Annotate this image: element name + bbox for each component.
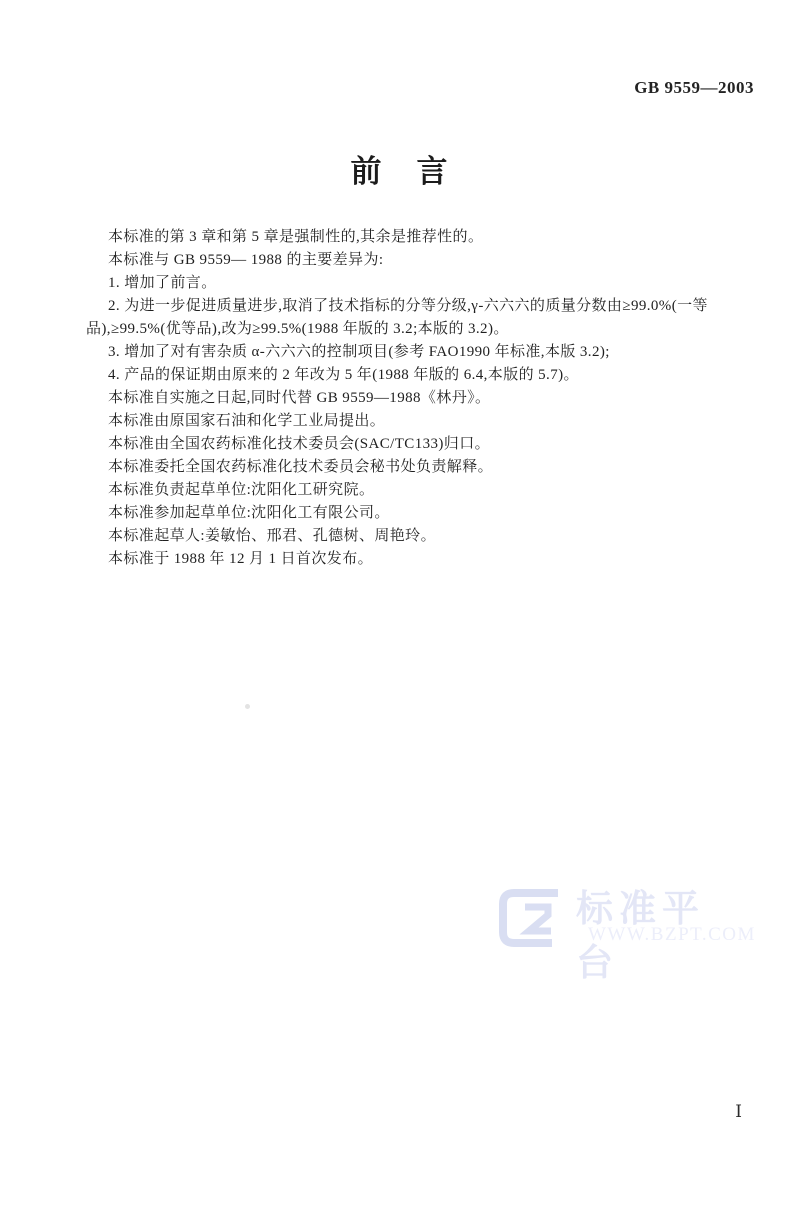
body-line: 1. 增加了前言。 [86,272,722,295]
document-page: GB 9559—2003 前 言 本标准的第 3 章和第 5 章是强制性的,其余… [0,0,800,1207]
watermark: 标准平台 WWW.BZPT.COM [492,876,732,962]
scan-artifact [245,704,250,709]
body-line: 本标准参加起草单位:沈阳化工有限公司。 [86,502,722,525]
body-line: 本标准负责起草单位:沈阳化工研究院。 [86,479,722,502]
watermark-url: WWW.BZPT.COM [588,924,756,946]
body-line: 本标准由原国家石油和化学工业局提出。 [86,410,722,433]
page-number: Ⅰ [735,1102,742,1122]
body-line: 本标准的第 3 章和第 5 章是强制性的,其余是推荐性的。 [86,226,722,249]
body-line: 本标准起草人:姜敏怡、邢君、孔德树、周艳玲。 [86,525,722,548]
body-line: 3. 增加了对有害杂质 α-六六六的控制项目(参考 FAO1990 年标准,本版… [86,341,722,364]
bzpt-logo-icon [492,880,566,954]
body-line: 本标准与 GB 9559— 1988 的主要差异为: [86,249,722,272]
watermark-name: 标准平台 [576,878,732,986]
body-line: 品),≥99.5%(优等品),改为≥99.5%(1988 年版的 3.2;本版的… [86,318,722,341]
body-line: 本标准委托全国农药标准化技术委员会秘书处负责解释。 [86,456,722,479]
foreword-body: 本标准的第 3 章和第 5 章是强制性的,其余是推荐性的。本标准与 GB 955… [86,226,722,571]
body-line: 2. 为进一步促进质量进步,取消了技术指标的分等分级,γ-六六六的质量分数由≥9… [86,295,722,318]
body-line: 本标准由全国农药标准化技术委员会(SAC/TC133)归口。 [86,433,722,456]
body-line: 本标准于 1988 年 12 月 1 日首次发布。 [86,548,722,571]
body-line: 本标准自实施之日起,同时代替 GB 9559—1988《林丹》。 [86,387,722,410]
standard-code: GB 9559—2003 [634,78,754,98]
page-title: 前 言 [0,146,800,191]
body-line: 4. 产品的保证期由原来的 2 年改为 5 年(1988 年版的 6.4,本版的… [86,364,722,387]
